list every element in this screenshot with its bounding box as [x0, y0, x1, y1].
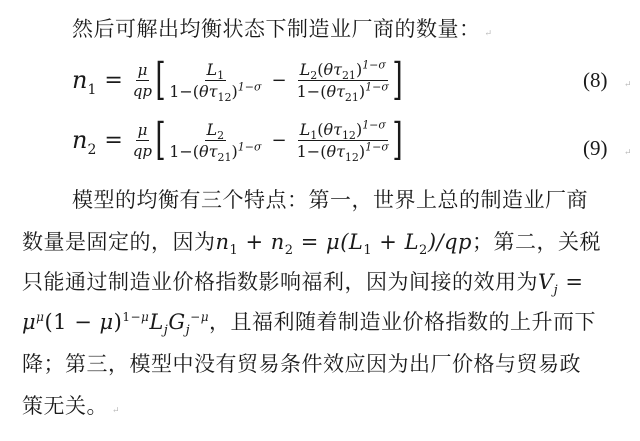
left-bracket: [	[155, 58, 165, 102]
left-bracket: [	[155, 118, 165, 162]
inline-math-utility: Vj =	[538, 270, 584, 294]
features-line-6: 策无关。↵	[22, 392, 120, 425]
paragraph-mark-icon: ↵	[112, 406, 120, 416]
equals-sign: =	[104, 128, 122, 153]
paragraph-mark-icon: ↵	[485, 29, 493, 39]
right-bracket: ]	[392, 58, 402, 102]
term2-fraction: L2(θτ21)1−σ 1−(θτ21)1−σ	[295, 60, 391, 101]
inline-math-welfare: μμ(1 − μ)1−μLjGj−μ	[22, 310, 209, 334]
term1-fraction: L1 1−(θτ12)1−σ	[167, 60, 263, 101]
equation-number-8: (8)	[583, 68, 608, 93]
features-line-1: 模型的均衡有三个特点：第一，世界上总的制造业厂商	[72, 186, 588, 214]
features-line-5: 降；第三，模型中没有贸易条件效应因为出厂价格与贸易政	[22, 350, 581, 378]
features-line-2: 数量是固定的，因为n1 + n2 = μ(L1 + L2)/qp；第二，关税	[22, 228, 601, 256]
intro-text: 然后可解出均衡状态下制造业厂商的数量：	[72, 17, 481, 41]
paragraph-mark-icon: ↵	[624, 80, 632, 90]
equation-8: n1 = μ qp [ L1 1−(θτ12)1−σ − L2(θτ21)1−σ…	[72, 58, 404, 102]
prefactor-fraction: μ qp	[131, 61, 154, 100]
equation-9: n2 = μ qp [ L2 1−(θτ21)1−σ − L1(θτ12)1−σ…	[72, 118, 404, 162]
equation-8-lhs: n1	[72, 66, 96, 94]
paragraph-mark-icon: ↵	[624, 148, 632, 158]
inline-math-sum: n1 + n2 = μ(L1 + L2)/qp	[216, 230, 472, 254]
intro-paragraph: 然后可解出均衡状态下制造业厂商的数量：↵	[72, 15, 493, 48]
term2-fraction: L1(θτ12)1−σ 1−(θτ12)1−σ	[295, 120, 391, 161]
equation-number-9: (9)	[583, 136, 608, 161]
minus-sign: −	[272, 70, 287, 91]
right-bracket: ]	[392, 118, 402, 162]
equation-9-lhs: n2	[72, 126, 96, 154]
minus-sign: −	[272, 130, 287, 151]
prefactor-fraction: μ qp	[131, 121, 154, 160]
features-line-4: μμ(1 − μ)1−μLjGj−μ，且福利随着制造业价格指数的上升而下	[22, 308, 596, 336]
features-line-3: 只能通过制造业价格指数影响福利，因为间接的效用为Vj =	[22, 268, 584, 296]
equals-sign: =	[104, 68, 122, 93]
term1-fraction: L2 1−(θτ21)1−σ	[167, 120, 263, 161]
